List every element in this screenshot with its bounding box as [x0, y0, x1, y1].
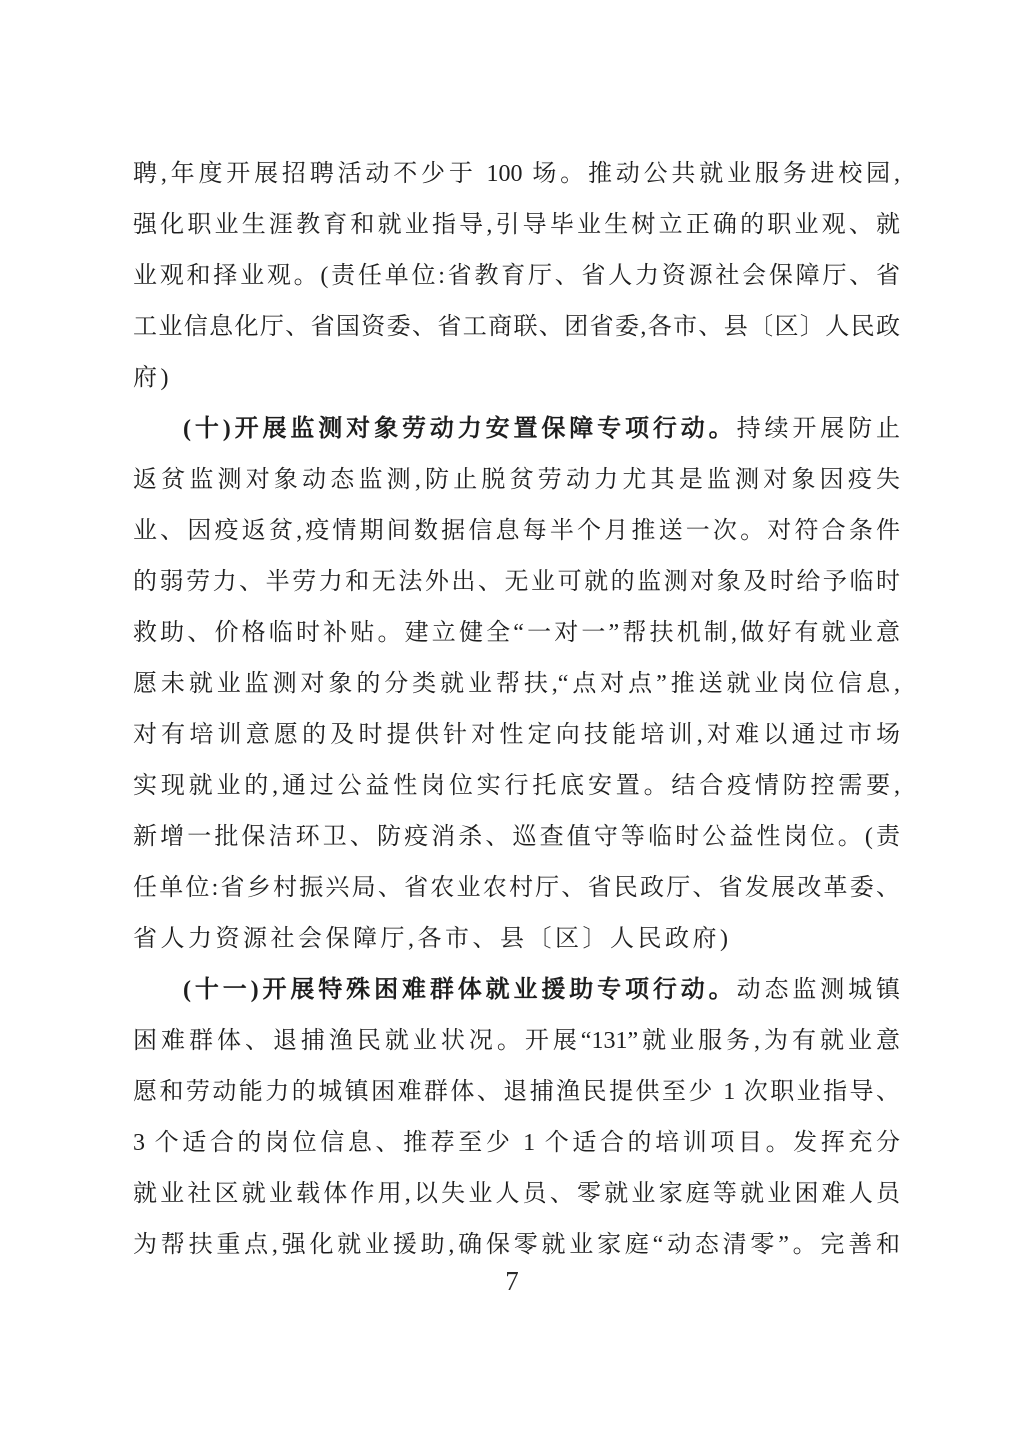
responsible-unit-text: (责: [865, 824, 900, 850]
text-line: 对有培训意愿的及时提供针对性定向技能培训,对难以通过市场: [133, 710, 900, 761]
responsible-unit-text: (责任单位:省教育厅、省人力资源社会保障厅、省: [320, 263, 900, 289]
body-text: 愿未就业监测对象的分类就业帮扶,“点对点”推送就业岗位信息,: [133, 671, 900, 697]
body-text: 业观和择业观。: [133, 263, 320, 289]
text-line: 府): [133, 353, 900, 404]
body-text: 的弱劳力、半劳力和无法外出、无业可就的监测对象及时给予临时: [133, 569, 900, 595]
text-line: 就业社区就业载体作用,以失业人员、零就业家庭等就业困难人员: [133, 1169, 900, 1220]
text-line: 任单位:省乡村振兴局、省农业农村厅、省民政厅、省发展改革委、: [133, 863, 900, 914]
text-line: 困难群体、退捕渔民就业状况。开展“131”就业服务,为有就业意: [133, 1016, 900, 1067]
body-text: 持续开展防止: [737, 416, 900, 442]
body-text: 困难群体、退捕渔民就业状况。开展“131”就业服务,为有就业意: [133, 1028, 900, 1054]
body-text: 新增一批保洁环卫、防疫消杀、巡查值守等临时公益性岗位。: [133, 824, 865, 850]
document-page-body: 聘,年度开展招聘活动不少于 100 场。推动公共就业服务进校园,强化职业生涯教育…: [133, 149, 900, 1271]
responsible-unit-text: 省人力资源社会保障厅,各市、县〔区〕人民政府): [133, 926, 732, 952]
text-line: 返贫监测对象动态监测,防止脱贫劳动力尤其是监测对象因疫失: [133, 455, 900, 506]
text-line: (十)开展监测对象劳动力安置保障专项行动。持续开展防止: [133, 404, 900, 455]
text-line: 工业信息化厅、省国资委、省工商联、团省委,各市、县〔区〕人民政: [133, 302, 900, 353]
body-text: 就业社区就业载体作用,以失业人员、零就业家庭等就业困难人员: [133, 1181, 900, 1207]
text-line: 聘,年度开展招聘活动不少于 100 场。推动公共就业服务进校园,: [133, 149, 900, 200]
document-lines: 聘,年度开展招聘活动不少于 100 场。推动公共就业服务进校园,强化职业生涯教育…: [133, 149, 900, 1271]
section-heading-text: (十一)开展特殊困难群体就业援助专项行动。: [183, 977, 737, 1003]
text-line: 愿和劳动能力的城镇困难群体、退捕渔民提供至少 1 次职业指导、: [133, 1067, 900, 1118]
responsible-unit-text: 府): [133, 365, 172, 391]
responsible-unit-text: 工业信息化厅、省国资委、省工商联、团省委,各市、县〔区〕人民政: [133, 314, 900, 340]
body-text: 为帮扶重点,强化就业援助,确保零就业家庭“动态清零”。完善和: [133, 1232, 900, 1258]
body-text: 聘,年度开展招聘活动不少于 100 场。推动公共就业服务进校园,: [133, 161, 900, 187]
text-line: 愿未就业监测对象的分类就业帮扶,“点对点”推送就业岗位信息,: [133, 659, 900, 710]
text-line: 强化职业生涯教育和就业指导,引导毕业生树立正确的职业观、就: [133, 200, 900, 251]
text-line: 3 个适合的岗位信息、推荐至少 1 个适合的培训项目。发挥充分: [133, 1118, 900, 1169]
responsible-unit-text: 任单位:省乡村振兴局、省农业农村厅、省民政厅、省发展改革委、: [133, 875, 900, 901]
text-line: (十一)开展特殊困难群体就业援助专项行动。动态监测城镇: [133, 965, 900, 1016]
text-line: 业、因疫返贫,疫情期间数据信息每半个月推送一次。对符合条件: [133, 506, 900, 557]
text-line: 救助、价格临时补贴。建立健全“一对一”帮扶机制,做好有就业意: [133, 608, 900, 659]
body-text: 愿和劳动能力的城镇困难群体、退捕渔民提供至少 1 次职业指导、: [133, 1079, 900, 1105]
text-line: 新增一批保洁环卫、防疫消杀、巡查值守等临时公益性岗位。(责: [133, 812, 900, 863]
body-text: 返贫监测对象动态监测,防止脱贫劳动力尤其是监测对象因疫失: [133, 467, 900, 493]
body-text: 3 个适合的岗位信息、推荐至少 1 个适合的培训项目。发挥充分: [133, 1130, 900, 1156]
text-line: 省人力资源社会保障厅,各市、县〔区〕人民政府): [133, 914, 900, 965]
body-text: 动态监测城镇: [737, 977, 900, 1003]
body-text: 对有培训意愿的及时提供针对性定向技能培训,对难以通过市场: [133, 722, 900, 748]
body-text: 实现就业的,通过公益性岗位实行托底安置。结合疫情防控需要,: [133, 773, 900, 799]
body-text: 业、因疫返贫,疫情期间数据信息每半个月推送一次。对符合条件: [133, 518, 900, 544]
text-line: 业观和择业观。(责任单位:省教育厅、省人力资源社会保障厅、省: [133, 251, 900, 302]
body-text: 救助、价格临时补贴。建立健全“一对一”帮扶机制,做好有就业意: [133, 620, 900, 646]
section-heading-text: (十)开展监测对象劳动力安置保障专项行动。: [183, 416, 737, 442]
page-number: 7: [0, 1263, 1024, 1299]
text-line: 实现就业的,通过公益性岗位实行托底安置。结合疫情防控需要,: [133, 761, 900, 812]
text-line: 的弱劳力、半劳力和无法外出、无业可就的监测对象及时给予临时: [133, 557, 900, 608]
body-text: 强化职业生涯教育和就业指导,引导毕业生树立正确的职业观、就: [133, 212, 900, 238]
